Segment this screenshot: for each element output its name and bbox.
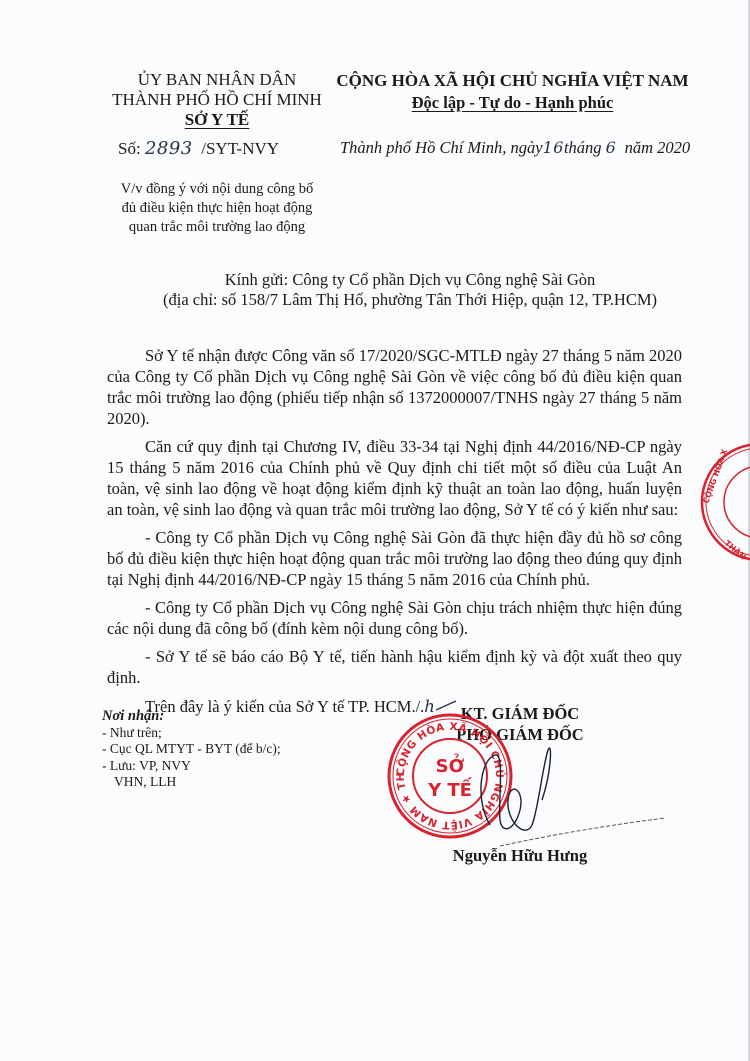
recipient-item: - Lưu: VP, NVY bbox=[102, 758, 281, 775]
national-motto: Độc lập - Tự do - Hạnh phúc bbox=[320, 92, 705, 114]
recipient-item: - Cục QL MTYT - BYT (để b/c); bbox=[102, 741, 281, 758]
national-header: CỘNG HÒA XÃ HỘI CHỦ NGHĨA VIỆT NAM Độc l… bbox=[320, 70, 705, 114]
body-paragraph: - Sở Y tế sẽ báo cáo Bộ Y tế, tiến hành … bbox=[107, 646, 682, 688]
addressee-line-1: Kính gửi: Công ty Cổ phần Dịch vụ Công n… bbox=[140, 270, 680, 290]
recipient-item: VHN, LLH bbox=[102, 774, 281, 791]
number-handwritten: 2893 bbox=[145, 138, 193, 159]
number-suffix: /SYT-NVY bbox=[201, 139, 279, 158]
month-handwritten: 6 bbox=[606, 138, 617, 157]
signer-name: Nguyễn Hữu Hưng bbox=[400, 846, 640, 866]
letter-body: Sở Y tế nhận được Công văn số 17/2020/SG… bbox=[107, 345, 682, 724]
department-name: SỞ Y TẾ bbox=[92, 110, 342, 130]
recipient-item: - Như trên; bbox=[102, 725, 281, 742]
body-paragraph: Căn cứ quy định tại Chương IV, điều 33-3… bbox=[107, 436, 682, 520]
issuing-authority: ỦY BAN NHÂN DÂN THÀNH PHỐ HỒ CHÍ MINH SỞ… bbox=[92, 70, 342, 130]
authority-line-1: ỦY BAN NHÂN DÂN bbox=[92, 70, 342, 90]
svg-text:Y TẾ: Y TẾ bbox=[427, 777, 473, 801]
day-handwritten: 16 bbox=[543, 138, 564, 157]
subject: V/v đồng ý với nội dung công bố đủ điều … bbox=[92, 180, 342, 237]
number-prefix: Số: bbox=[118, 139, 141, 158]
addressee: Kính gửi: Công ty Cổ phần Dịch vụ Công n… bbox=[140, 270, 680, 310]
body-paragraph: - Công ty Cổ phần Dịch vụ Công nghệ Sài … bbox=[107, 597, 682, 639]
recipients-list: Nơi nhận: - Như trên; - Cục QL MTYT - BY… bbox=[102, 708, 281, 791]
body-paragraph: - Công ty Cổ phần Dịch vụ Công nghệ Sài … bbox=[107, 527, 682, 590]
handwritten-signature-icon bbox=[470, 740, 670, 850]
body-paragraph: Sở Y tế nhận được Công văn số 17/2020/SG… bbox=[107, 345, 682, 429]
document-date: Thành phố Hồ Chí Minh, ngày16tháng 6 năm… bbox=[340, 138, 690, 158]
addressee-line-2: (địa chỉ: số 158/7 Lâm Thị Hố, phường Tâ… bbox=[140, 290, 680, 310]
partial-stamp-icon: CỘNG HÒA X THÀN bbox=[698, 432, 750, 572]
document-page: ỦY BAN NHÂN DÂN THÀNH PHỐ HỒ CHÍ MINH SỞ… bbox=[0, 0, 750, 1061]
document-number: Số: 2893 /SYT-NVY bbox=[118, 138, 279, 159]
nation-title: CỘNG HÒA XÃ HỘI CHỦ NGHĨA VIỆT NAM bbox=[320, 70, 705, 92]
svg-text:SỞ: SỞ bbox=[436, 753, 465, 777]
authority-line-2: THÀNH PHỐ HỒ CHÍ MINH bbox=[92, 90, 342, 110]
recipients-title: Nơi nhận: bbox=[102, 708, 281, 725]
